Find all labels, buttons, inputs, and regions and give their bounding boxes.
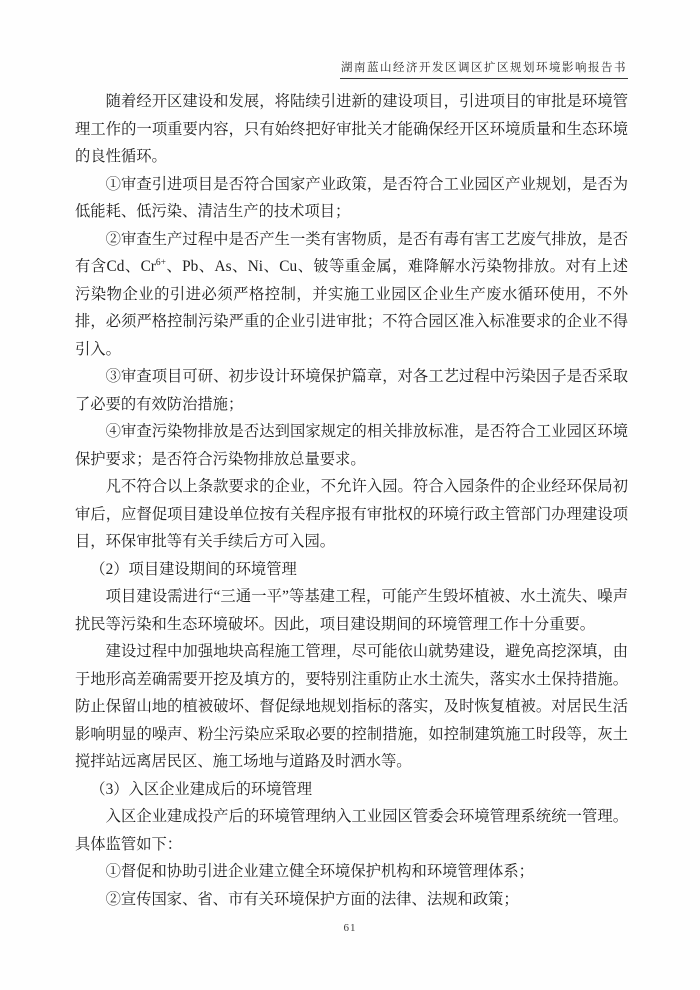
- paragraph: （3）入区企业建成后的环境管理: [75, 776, 628, 804]
- paragraph: 随着经开区建设和发展，将陆续引进新的建设项目，引进项目的审批是环境管理工作的一项…: [75, 88, 628, 171]
- document-page: 湖南蓝山经济开发区调区扩区规划环境影响报告书 随着经开区建设和发展，将陆续引进新…: [0, 0, 700, 990]
- paragraph: ③审查项目可研、初步设计环境保护篇章，对各工艺过程中污染因子是否采取了必要的有效…: [75, 363, 628, 418]
- paragraph: 凡不符合以上条款要求的企业，不允许入园。符合入园条件的企业经环保局初审后，应督促…: [75, 473, 628, 556]
- paragraph: ①审查引进项目是否符合国家产业政策，是否符合工业园区产业规划，是否为低能耗、低污…: [75, 171, 628, 226]
- paragraph: ④审查污染物排放是否达到国家规定的相关排放标准，是否符合工业园区环境保护要求；是…: [75, 418, 628, 473]
- document-body: 随着经开区建设和发展，将陆续引进新的建设项目，引进项目的审批是环境管理工作的一项…: [75, 88, 628, 913]
- header-title: 湖南蓝山经济开发区调区扩区规划环境影响报告书: [340, 59, 628, 79]
- paragraph: 入区企业建成投产后的环境管理纳入工业园区管委会环境管理系统统一管理。具体监管如下…: [75, 803, 628, 858]
- page-footer: 61: [0, 918, 700, 936]
- page-header: 湖南蓝山经济开发区调区扩区规划环境影响报告书: [75, 58, 628, 79]
- paragraph: （2）项目建设期间的环境管理: [75, 556, 628, 584]
- page-number: 61: [344, 922, 357, 934]
- paragraph: 项目建设需进行“三通一平”等基建工程，可能产生毁坏植被、水土流失、噪声扰民等污染…: [75, 583, 628, 638]
- paragraph: ②审查生产过程中是否产生一类有害物质，是否有毒有害工艺废气排放，是否有含Cd、C…: [75, 226, 628, 364]
- paragraph: ①督促和协助引进企业建立健全环境保护机构和环境管理体系；: [75, 858, 628, 886]
- paragraph: 建设过程中加强地块高程施工管理，尽可能依山就势建设，避免高挖深填，由于地形高差确…: [75, 638, 628, 776]
- paragraph: ②宣传国家、省、市有关环境保护方面的法律、法规和政策；: [75, 886, 628, 914]
